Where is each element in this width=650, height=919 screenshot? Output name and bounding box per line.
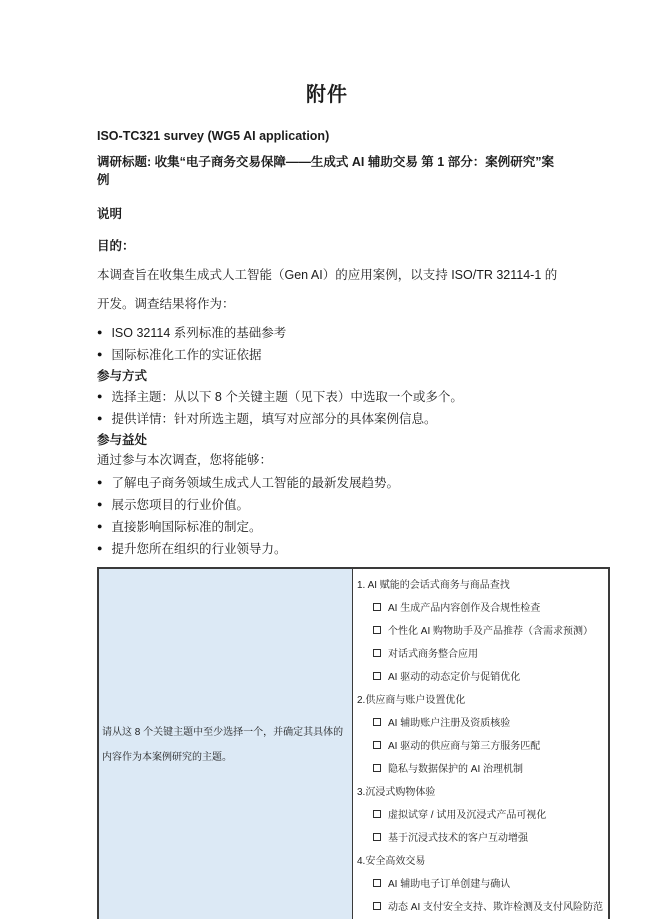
survey-heading: ISO-TC321 survey (WG5 AI application): [97, 127, 559, 145]
document-page: 附件 ISO-TC321 survey (WG5 AI application)…: [0, 0, 650, 919]
topic-item-label: 基于沉浸式技术的客户互动增强: [388, 829, 528, 844]
bullet-icon: ●: [97, 478, 102, 487]
bullet-text: 国际标准化工作的实证依据: [111, 345, 261, 363]
checkbox-icon[interactable]: [373, 741, 381, 749]
section-heading-instructions: 说明: [97, 205, 559, 223]
topic-checkbox-item[interactable]: 个性化 AI 购物助手及产品推荐（含需求预测）: [355, 618, 606, 641]
bullet-text: 直接影响国际标准的制定。: [111, 517, 261, 535]
checkbox-icon[interactable]: [373, 603, 381, 611]
bullet-item: ●国际标准化工作的实证依据: [97, 343, 612, 365]
bullet-icon: ●: [97, 500, 102, 509]
checkbox-icon[interactable]: [373, 672, 381, 680]
benefits-intro: 通过参与本次调查，您将能够：: [97, 449, 559, 471]
topics-table: 请从这 8 个关键主题中至少选择一个，并确定其具体的内容作为本案例研究的主题。 …: [97, 567, 610, 919]
bullet-icon: ●: [97, 350, 102, 359]
topic-checkbox-item[interactable]: AI 辅助账户注册及资质核验: [355, 710, 606, 733]
research-title: 调研标题: 收集“电子商务交易保障——生成式 AI 辅助交易 第 1 部分：案例…: [97, 153, 559, 189]
section-heading-benefits: 参与益处: [97, 431, 559, 449]
checkbox-icon[interactable]: [373, 902, 381, 910]
bullet-icon: ●: [97, 328, 102, 337]
bullet-item: ●ISO 32114 系列标准的基础参考: [97, 321, 612, 343]
topic-checkbox-item[interactable]: 对话式商务整合应用: [355, 641, 606, 664]
topic-checkbox-item[interactable]: 隐私与数据保护的 AI 治理机制: [355, 756, 606, 779]
participation-bullet-list: ●选择主题：从以下 8 个关键主题（见下表）中选取一个或多个。●提供详情：针对所…: [97, 385, 612, 429]
topic-checkbox-item[interactable]: 虚拟试穿 / 试用及沉浸式产品可视化: [355, 802, 606, 825]
checkbox-icon[interactable]: [373, 626, 381, 634]
bullet-item: ●直接影响国际标准的制定。: [97, 515, 612, 537]
topic-item-label: AI 生成产品内容创作及合规性检查: [388, 599, 540, 614]
topic-checkbox-item[interactable]: AI 生成产品内容创作及合规性检查: [355, 595, 606, 618]
topic-checkbox-item[interactable]: AI 驱动的动态定价与促销优化: [355, 664, 606, 687]
topic-item-label: 个性化 AI 购物助手及产品推荐（含需求预测）: [388, 622, 593, 637]
bullet-item: ●提升您所在组织的行业领导力。: [97, 537, 612, 559]
topic-checkbox-item[interactable]: 动态 AI 支付安全支持、欺诈检测及支付风险防范: [355, 894, 606, 917]
bullet-text: 选择主题：从以下 8 个关键主题（见下表）中选取一个或多个。: [111, 387, 462, 405]
document-content: 附件 ISO-TC321 survey (WG5 AI application)…: [97, 78, 612, 919]
topic-group-heading: 2.供应商与账户设置优化: [355, 687, 606, 710]
checkbox-icon[interactable]: [373, 764, 381, 772]
bullet-item: ●选择主题：从以下 8 个关键主题（见下表）中选取一个或多个。: [97, 385, 612, 407]
topic-item-label: 虚拟试穿 / 试用及沉浸式产品可视化: [388, 806, 546, 821]
bullet-item: ●展示您项目的行业价值。: [97, 493, 612, 515]
topic-item-label: AI 辅助账户注册及资质核验: [388, 714, 510, 729]
bullet-icon: ●: [97, 544, 102, 553]
topics-list-cell: 1. AI 赋能的会话式商务与商品查找AI 生成产品内容创作及合规性检查个性化 …: [353, 569, 608, 919]
bullet-item: ●提供详情：针对所选主题，填写对应部分的具体案例信息。: [97, 407, 612, 429]
topic-group-heading: 4.安全高效交易: [355, 848, 606, 871]
benefits-bullet-list: ●了解电子商务领域生成式人工智能的最新发展趋势。●展示您项目的行业价值。●直接影…: [97, 471, 612, 559]
topic-checkbox-item[interactable]: 基于沉浸式技术的客户互动增强: [355, 825, 606, 848]
checkbox-icon[interactable]: [373, 718, 381, 726]
section-heading-purpose: 目的：: [97, 237, 559, 255]
bullet-icon: ●: [97, 414, 102, 423]
topic-checkbox-item[interactable]: AI 驱动的供应商与第三方服务匹配: [355, 733, 606, 756]
bullet-text: ISO 32114 系列标准的基础参考: [111, 323, 286, 341]
bullet-item: ●了解电子商务领域生成式人工智能的最新发展趋势。: [97, 471, 612, 493]
checkbox-icon[interactable]: [373, 833, 381, 841]
topic-group-heading: 1. AI 赋能的会话式商务与商品查找: [355, 572, 606, 595]
page-title: 附件: [97, 78, 557, 107]
checkbox-icon[interactable]: [373, 810, 381, 818]
bullet-text: 提供详情：针对所选主题，填写对应部分的具体案例信息。: [111, 409, 436, 427]
purpose-bullet-list: ●ISO 32114 系列标准的基础参考●国际标准化工作的实证依据: [97, 321, 612, 365]
table-instruction-cell: 请从这 8 个关键主题中至少选择一个，并确定其具体的内容作为本案例研究的主题。: [99, 569, 353, 919]
topic-item-label: AI 驱动的供应商与第三方服务匹配: [388, 737, 540, 752]
topic-item-label: AI 辅助电子订单创建与确认: [388, 875, 510, 890]
section-heading-participation: 参与方式: [97, 367, 559, 385]
table-instruction-text: 请从这 8 个关键主题中至少选择一个，并确定其具体的内容作为本案例研究的主题。: [99, 720, 352, 770]
checkbox-icon[interactable]: [373, 649, 381, 657]
bullet-icon: ●: [97, 392, 102, 401]
topic-item-label: AI 驱动的动态定价与促销优化: [388, 668, 520, 683]
topic-item-label: 隐私与数据保护的 AI 治理机制: [388, 760, 523, 775]
topic-group-heading: 3.沉浸式购物体验: [355, 779, 606, 802]
topic-item-label: 对话式商务整合应用: [388, 645, 478, 660]
bullet-icon: ●: [97, 522, 102, 531]
topic-checkbox-item[interactable]: AI 辅助电子订单创建与确认: [355, 871, 606, 894]
purpose-paragraph: 本调查旨在收集生成式人工智能（Gen AI）的应用案例，以支持 ISO/TR 3…: [97, 261, 567, 319]
bullet-text: 了解电子商务领域生成式人工智能的最新发展趋势。: [111, 473, 399, 491]
checkbox-icon[interactable]: [373, 879, 381, 887]
topic-item-label: 动态 AI 支付安全支持、欺诈检测及支付风险防范: [388, 898, 603, 913]
bullet-text: 提升您所在组织的行业领导力。: [111, 539, 286, 557]
bullet-text: 展示您项目的行业价值。: [111, 495, 249, 513]
